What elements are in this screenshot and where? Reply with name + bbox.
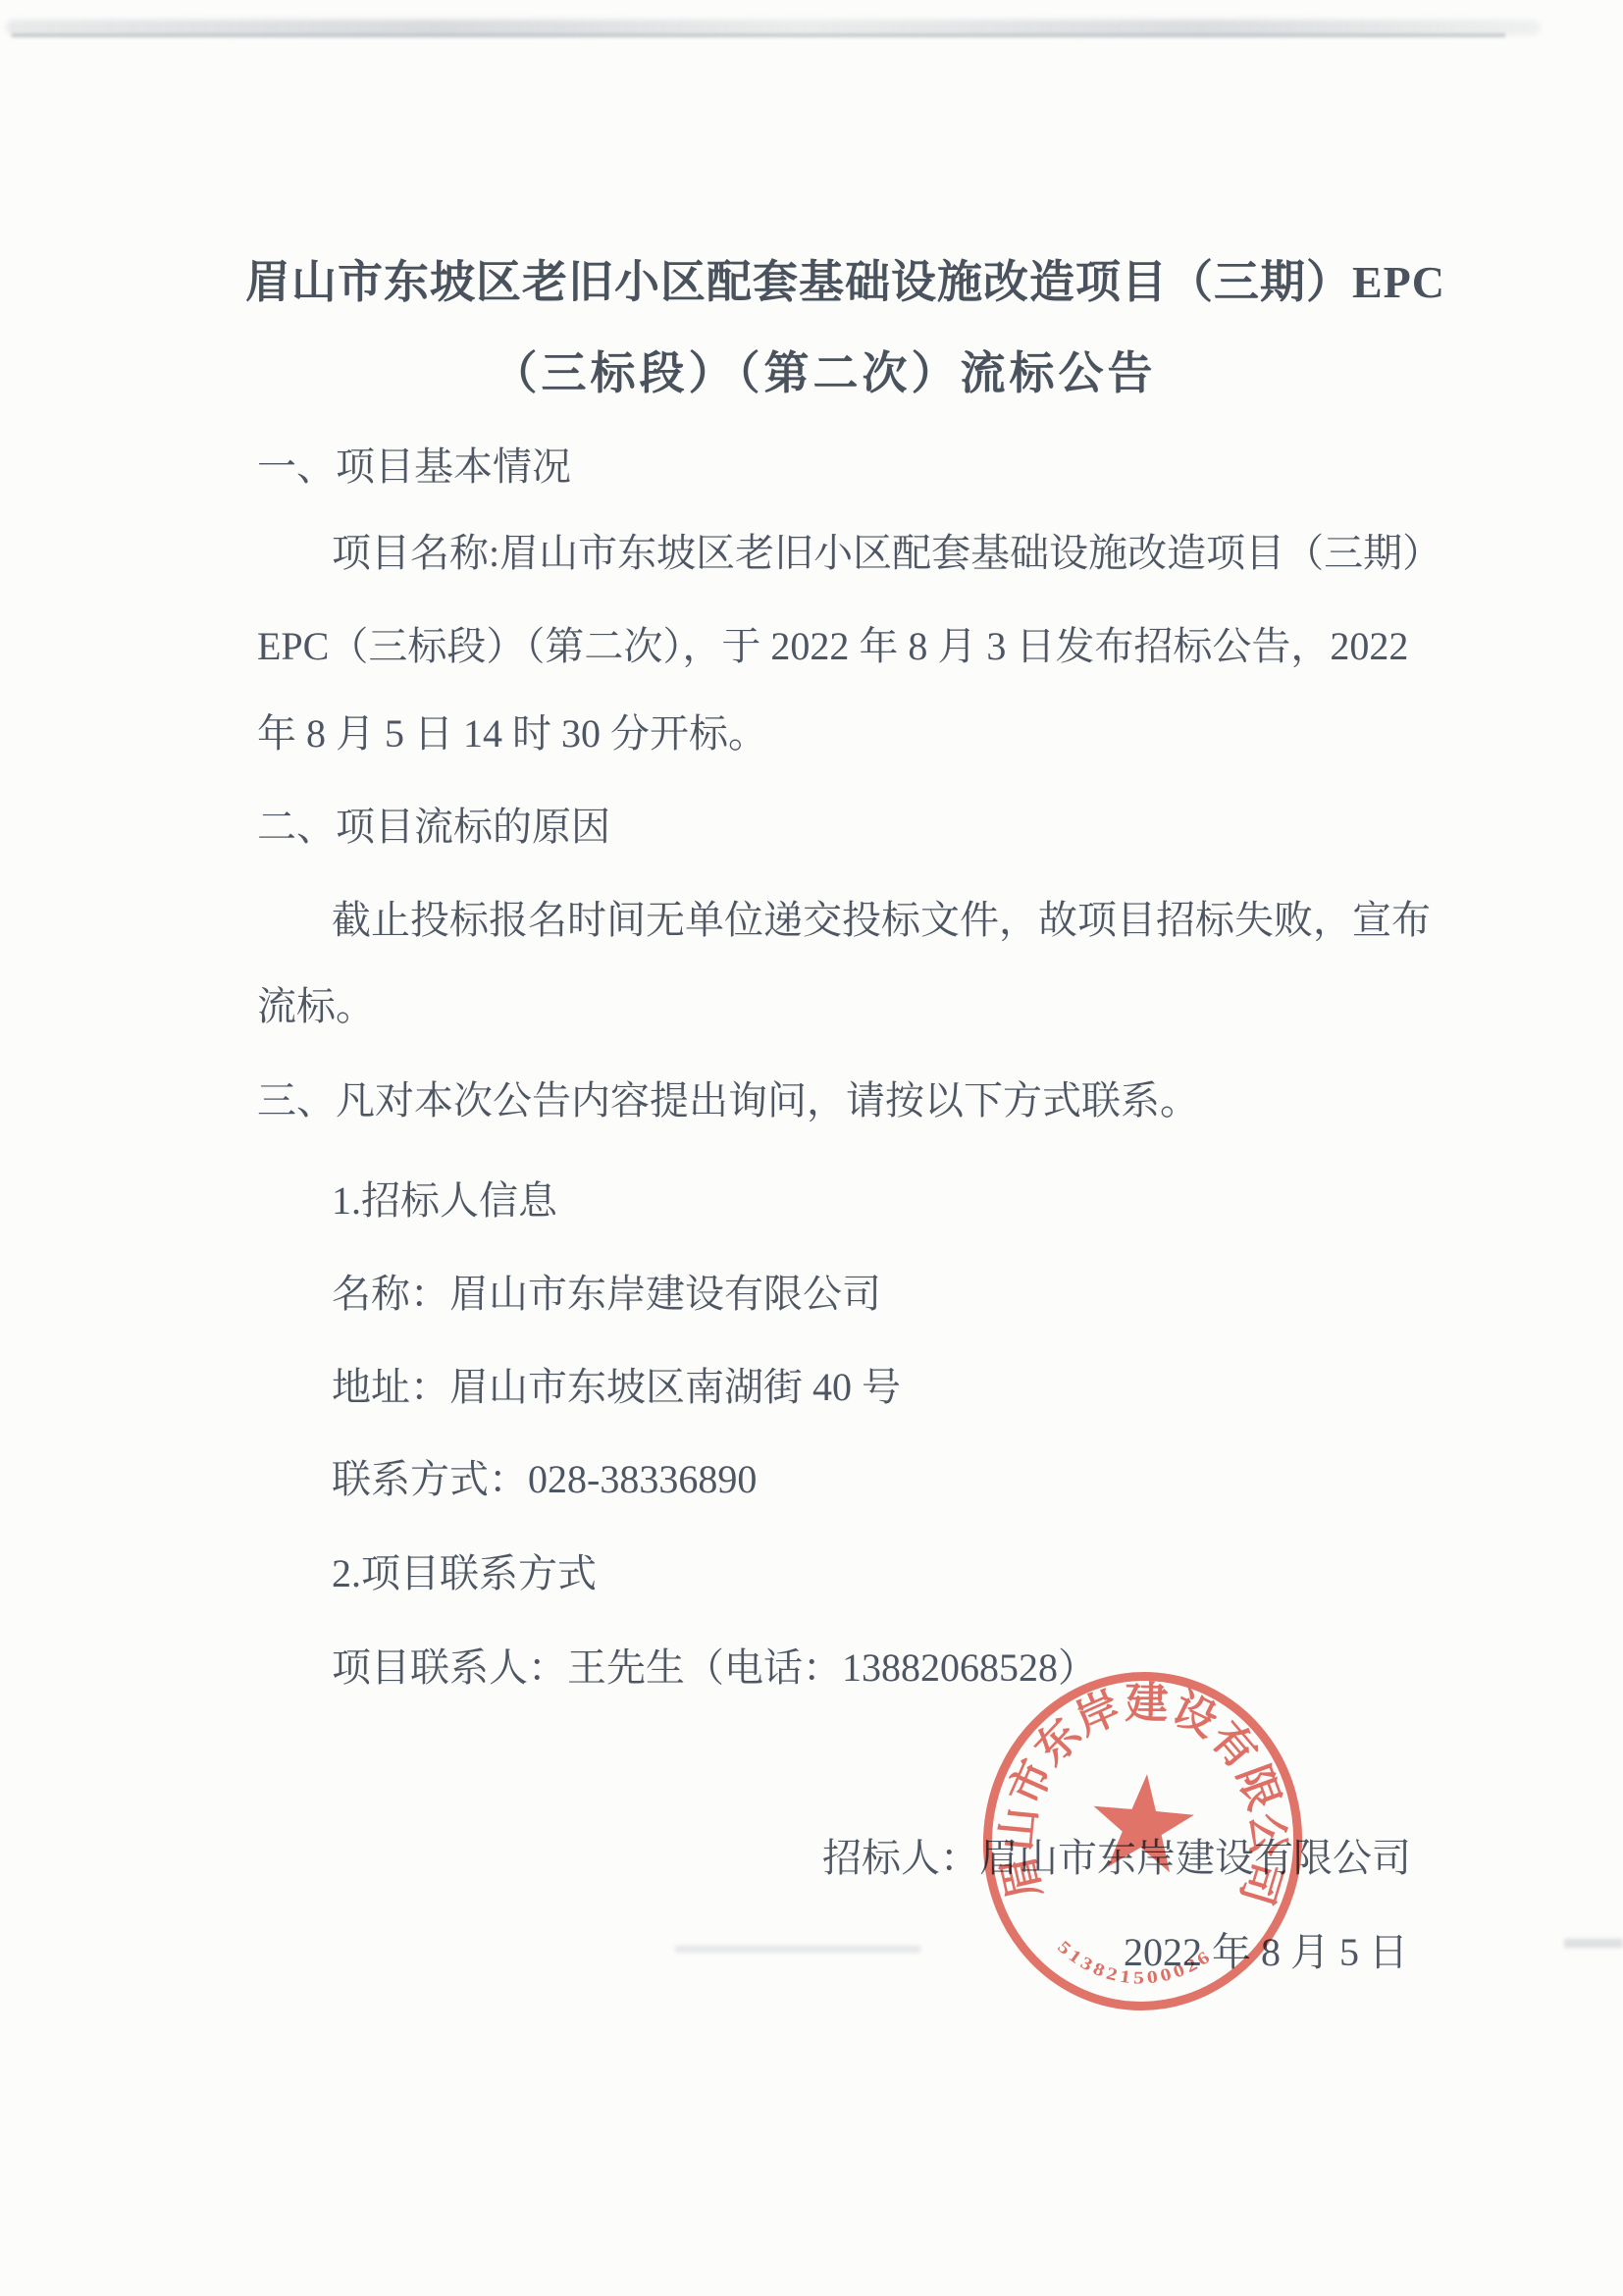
scan-artifact-top-line: [12, 33, 1505, 37]
project-contact-line: 项目联系人：王先生（电话：13882068528）: [332, 1644, 1097, 1692]
document-title-line2: （三标段）（第二次）流标公告: [245, 346, 1403, 401]
section-2-heading: 二、项目流标的原因: [257, 804, 610, 851]
tenderer-address-line: 地址：眉山市东坡区南湖街 40 号: [332, 1364, 901, 1411]
tenderer-contact-line: 联系方式：028-38336890: [332, 1456, 757, 1503]
stamp-serial-number: 513821500026: [1052, 1932, 1218, 1995]
scan-artifact-left: [675, 1946, 920, 1953]
paragraph-1-line-2: EPC（三标段）（第二次），于 2022 年 8 月 3 日发布招标公告，202…: [257, 623, 1408, 670]
paragraph-2-line-2: 流标。: [257, 983, 375, 1030]
paragraph-1-line-1: 项目名称:眉山市东坡区老旧小区配套基础设施改造项目（三期）: [332, 530, 1441, 577]
scan-artifact-right: [1564, 1939, 1623, 1948]
document-title-line1: 眉山市东坡区老旧小区配套基础设施改造项目（三期）EPC: [245, 255, 1403, 310]
tenderer-name-line: 名称：眉山市东岸建设有限公司: [332, 1271, 881, 1318]
item-2-heading: 2.项目联系方式: [332, 1550, 597, 1597]
scanned-document-page: 眉山市东坡区老旧小区配套基础设施改造项目（三期）EPC （三标段）（第二次）流标…: [0, 0, 1623, 2296]
paragraph-1-line-3: 年 8 月 5 日 14 时 30 分开标。: [257, 710, 767, 757]
item-1-heading: 1.招标人信息: [332, 1177, 557, 1225]
stamp-star-icon: [1088, 1770, 1197, 1874]
section-3-heading: 三、凡对本次公告内容提出询问，请按以下方式联系。: [257, 1077, 1199, 1124]
company-seal-stamp: 眉山市东岸建设有限公司 513821500026: [965, 1654, 1320, 2028]
section-1-heading: 一、项目基本情况: [257, 444, 571, 491]
paragraph-2-line-1: 截止投标报名时间无单位递交投标文件，故项目招标失败，宣布: [332, 897, 1431, 944]
